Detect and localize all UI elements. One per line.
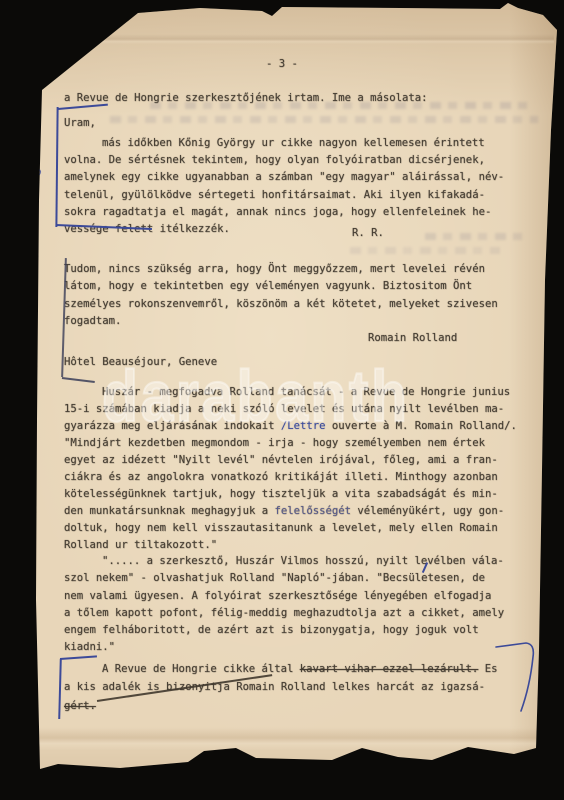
typed-line: A Revue de Hongrie cikke által kavart vi… [64, 660, 497, 678]
document-paper: - 3 - a Revue de Hongrie szerkesztőjének… [0, 0, 564, 800]
typed-line: kiadni." [64, 639, 504, 656]
typed-line: szol nekem" - olvashatjuk Rolland "Napló… [64, 570, 504, 587]
text-segment: Romain Rolland lelkes harcát az igazsá- [230, 681, 485, 693]
typed-line: más időkben Kőnig György ur cikke nagyon… [64, 135, 504, 152]
typed-line: telenül, gyülölködve sértegeti honfitárs… [64, 187, 504, 204]
pen-bracket-vertical [55, 107, 58, 227]
typed-line: személyes rokonszenvemről, köszönöm a ké… [64, 296, 498, 313]
bleed-through-text [350, 247, 500, 254]
typed-line: a kis adalék is bizonyitja Romain Rollan… [64, 678, 497, 696]
pen-corner-bottomleft-vertical [58, 659, 61, 719]
typed-line: sokra ragadtatja el magát, annak nincs j… [64, 204, 504, 221]
text-segment: a kis [64, 681, 102, 693]
typed-line: doltuk, hogy nem kell visszautasitanunk … [64, 520, 517, 537]
typed-line: "Mindjárt kezdetben megmondom - irja - h… [64, 435, 517, 452]
typed-line: nem valami ügyesen. A folyóirat szerkesz… [64, 588, 504, 605]
typed-line: 15-i számában kiadja a neki szóló levele… [64, 401, 517, 418]
typed-line: amelynek egy cikke ugyanabban a számban … [64, 169, 504, 186]
marked-text-segment: gért. [64, 700, 96, 712]
typed-line: fogadtam. [64, 313, 498, 330]
paragraph-3: Huszár - megfogadva Rolland tanácsát - a… [64, 384, 517, 554]
typed-line: gért. [64, 697, 497, 715]
typed-line: vessége felett itélkezzék. [64, 221, 504, 238]
typed-line: Huszár - megfogadva Rolland tanácsát - a… [64, 384, 517, 401]
typed-line: engem felháboritott, de azért azt is biz… [64, 622, 504, 639]
text-segment: ouverte à M. Romain Rolland/. [326, 420, 517, 432]
text-segment: Es [478, 663, 497, 675]
typed-line: a tőlem kapott pofont, félig-meddig megh… [64, 605, 504, 622]
pen-line-foot [62, 377, 95, 383]
paragraph-5: A Revue de Hongrie cikke által kavart vi… [64, 660, 497, 715]
handwritten-margin-note: 125-125 [7, 148, 52, 232]
marked-text-segment: /Lettre [281, 420, 326, 432]
pen-bracket-top [58, 104, 108, 110]
paragraph-1: más időkben Kőnig György ur cikke nagyon… [64, 135, 504, 238]
text-segment: A Revue de Hongrie cikke által [102, 663, 300, 675]
page-number: - 3 - [266, 58, 298, 70]
typed-line: volna. De sértésnek tekintem, hogy olyan… [64, 152, 504, 169]
paper-crease [36, 728, 542, 750]
signature-name: Romain Rolland [368, 332, 457, 344]
marked-text-segment: felelősségét [274, 505, 351, 517]
text-segment: gyarázza meg eljárásának indokait [64, 420, 281, 432]
photograph-background: - 3 - a Revue de Hongrie szerkesztőjének… [0, 0, 564, 800]
typed-line: den munkatársunknak meghagyjuk a felelős… [64, 503, 517, 520]
typed-line: ciákra és az angolokra vonatkozó kritiká… [64, 469, 517, 486]
typed-line: Tudom, nincs szükség arra, hogy Önt megg… [64, 261, 498, 278]
typed-line: látom, hogy e tekintetben egy véleményen… [64, 278, 498, 295]
paragraph-2: Tudom, nincs szükség arra, hogy Önt megg… [64, 261, 498, 331]
text-segment: véleményükért, ugy gon- [351, 505, 504, 517]
typed-line: Rolland ur tiltakozott." [64, 537, 517, 554]
typed-line: egyet az idézett "Nyilt levél" névtelen … [64, 452, 517, 469]
typed-line: "..... a szerkesztő, Huszár Vilmos hossz… [64, 553, 504, 570]
corner-cut-shadow [38, 8, 148, 96]
intro-line: a Revue de Hongrie szerkesztőjének irtam… [64, 92, 428, 104]
signature-initials: R. R. [352, 227, 384, 239]
address-line: Hôtel Beauséjour, Geneve [64, 356, 217, 368]
bleed-through-text [110, 116, 538, 123]
paragraph-4: "..... a szerkesztő, Huszár Vilmos hossz… [64, 553, 504, 657]
typed-line: kötelességünknek tartjuk, hogy tiszteljü… [64, 486, 517, 503]
marked-text-segment: kavart vihar ezzel lezárult. [300, 663, 479, 675]
salutation: Uram, [64, 117, 96, 129]
typed-line: gyarázza meg eljárásának indokait /Lettr… [64, 418, 517, 435]
text-segment: den munkatársunknak meghagyjuk a [64, 505, 274, 517]
